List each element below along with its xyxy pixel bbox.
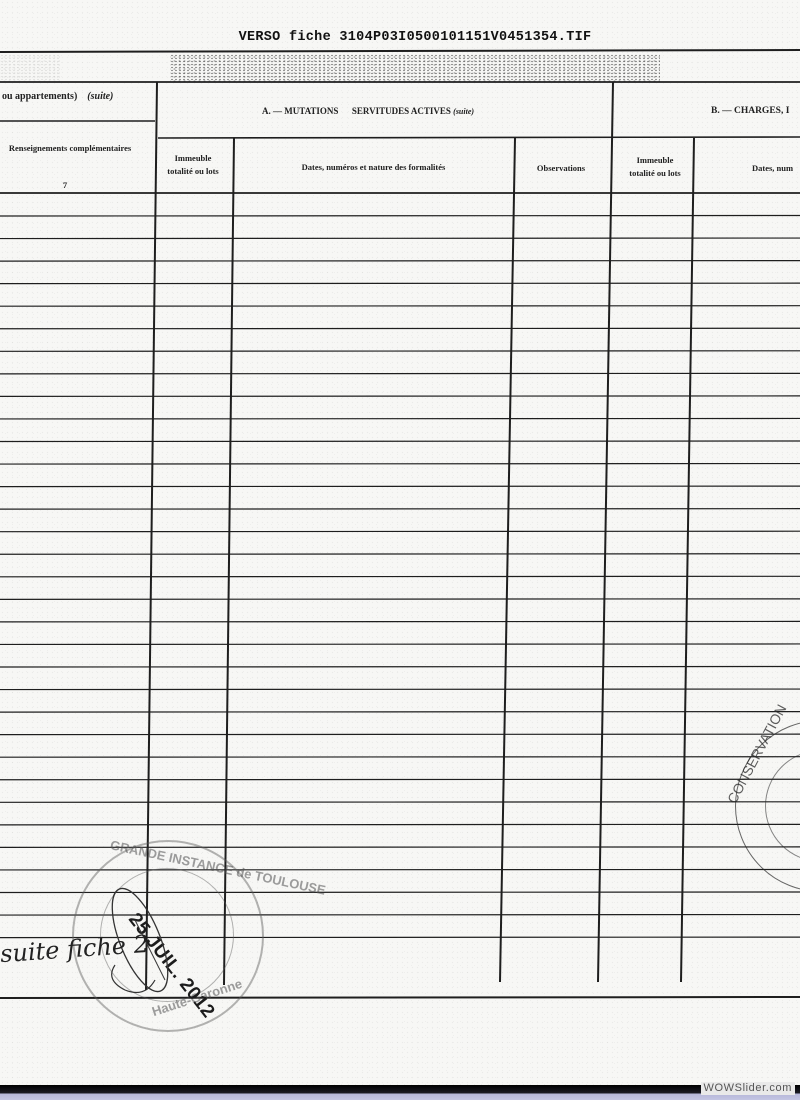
section-b-col-dates: Dates, num <box>752 162 800 175</box>
section-a-subtitle: SERVITUDES ACTIVES <box>352 106 451 116</box>
section-a-suffix: (suite) <box>453 107 474 116</box>
renseignements-header: Renseignements complémentaires <box>0 142 140 155</box>
left-section-title-text: ou appartements) <box>2 91 77 102</box>
slider-bottom-bar <box>0 1085 800 1100</box>
section-a-title-text: A. — MUTATIONS <box>262 106 338 116</box>
col-immeuble-line1: Immeuble <box>158 152 228 165</box>
left-section-suffix: (suite) <box>87 91 113 102</box>
section-b-title: B. — CHARGES, I <box>711 106 789 116</box>
col-b-immeuble-line1: Immeuble <box>617 154 693 167</box>
left-section-title: ou appartements) (suite) <box>2 91 113 102</box>
section-b-col-immeuble: Immeuble totalité ou lots <box>617 154 693 180</box>
col-b-immeuble-line2: totalité ou lots <box>617 167 693 180</box>
scanned-document-page: VERSO fiche 3104P03I0500101151V0451354.T… <box>0 0 800 1085</box>
renseignements-header-text: Renseignements complémentaires <box>9 143 131 153</box>
column-number: 7 <box>55 179 75 192</box>
section-a-col-observations: Observations <box>515 162 607 175</box>
section-a-col-dates: Dates, numéros et nature des formalités <box>236 161 511 174</box>
section-a-col-immeuble: Immeuble totalité ou lots <box>158 152 228 178</box>
col-immeuble-line2: totalité ou lots <box>158 165 228 178</box>
section-a-title: A. — MUTATIONS SERVITUDES ACTIVES (suite… <box>262 106 474 116</box>
slider-watermark-link[interactable]: WOWSlider.com <box>701 1082 795 1095</box>
